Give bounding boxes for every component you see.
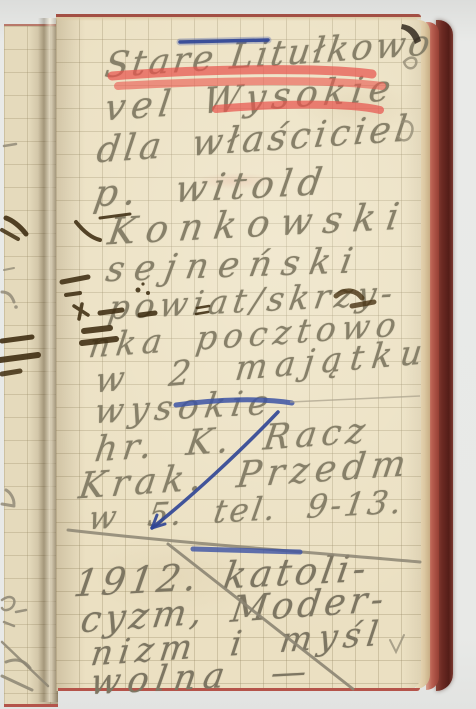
gutter-crease <box>38 18 58 702</box>
page-top-edge-highlight <box>56 17 421 21</box>
notebook-scan: Stare Litułkowo vel Wysokie dla właścici… <box>0 0 476 709</box>
